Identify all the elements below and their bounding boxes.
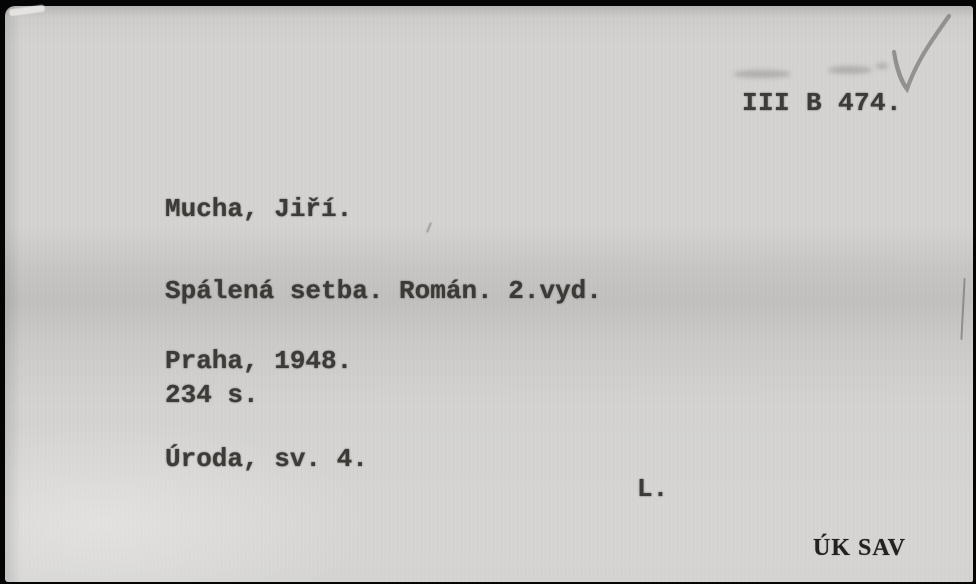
series-statement: Úroda, sv. 4.: [165, 446, 368, 472]
scan-scratch-mark: [960, 278, 965, 340]
erased-pencil-smudge: [876, 63, 888, 69]
title-statement: Spálená setba. Román. 2.vyd.: [165, 278, 602, 304]
imprint-place-year: Praha, 1948.: [165, 348, 352, 374]
annotation-initial: L.: [637, 476, 668, 502]
collation-pages: 234 s.: [165, 382, 259, 408]
author-heading: Mucha, Jiří.: [165, 196, 352, 222]
card-corner-highlight: [9, 5, 46, 17]
catalog-card: III B 474. Mucha, Jiří. Spálená setba. R…: [5, 6, 973, 582]
library-stamp: ÚK SAV: [813, 536, 906, 560]
call-number: III B 474.: [742, 90, 902, 116]
erased-pencil-smudge: [733, 70, 791, 78]
erased-pencil-smudge: [828, 66, 872, 74]
scanned-document: III B 474. Mucha, Jiří. Spálená setba. R…: [0, 0, 976, 584]
stray-ink-mark: [426, 222, 432, 233]
